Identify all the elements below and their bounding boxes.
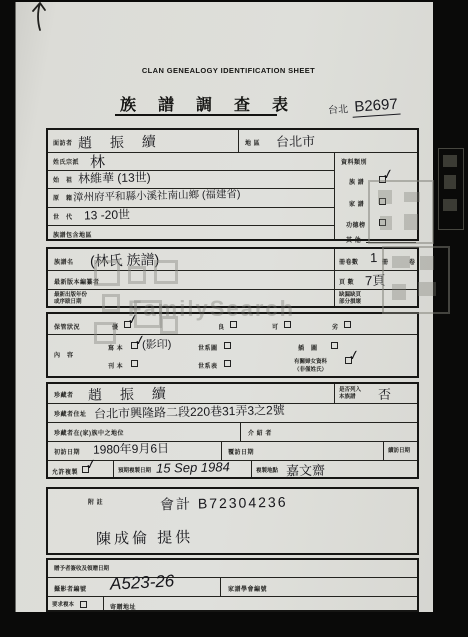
copy-permit-label: 允許複製 [52, 467, 78, 476]
document-number-value: B2697 [352, 96, 401, 118]
keeper-value: 趙 振 續 [88, 383, 173, 405]
condition-poor-label: 劣 [332, 322, 339, 331]
publish-year-label-line1: 最新出版年份 [54, 292, 87, 298]
content-women-data-note: （非僅姓氏） [294, 367, 327, 374]
document-number: 台北 B2697 [327, 96, 400, 119]
generations-label: 世 代 [53, 212, 73, 221]
keeper-label: 珍藏者 [54, 390, 74, 399]
scanned-genealogy-form: { "page": { "header_en": "CLAN GENEALOGY… [0, 0, 468, 637]
form-title: 族 譜 調 查 表 [120, 92, 297, 115]
scanned-paper-sheet: CLAN GENEALOGY IDENTIFICATION SHEET 族 譜 … [15, 2, 433, 612]
content-illustrations-label: 插 圖 [298, 343, 318, 352]
request-copy-checkbox [80, 601, 87, 608]
copy-place-label: 複製地點 [256, 468, 278, 475]
category-item-jiapu-checkbox [379, 198, 386, 205]
category-other-blank-line [366, 242, 416, 243]
category-item-gongdebang-label: 功德榜 [346, 220, 366, 229]
copy-permit-checkmark: ✓ [84, 458, 97, 470]
scroll-unit-label: 卷 [409, 257, 416, 266]
region-value: 台北市 [276, 131, 315, 151]
listed-value: 否 [378, 384, 391, 403]
seal-watermark-dark-band [438, 148, 464, 230]
content-manuscript-note: (影印) [142, 336, 172, 353]
content-printed-checkbox [131, 360, 138, 367]
origin-value: 漳州府平和縣小溪社南山鄉 (福建省) [73, 186, 241, 205]
category-item-zupu-checkmark: ✓ [381, 168, 394, 180]
interviewer-label: 面訪者 [53, 138, 73, 147]
founder-value: 林維華 (13世) [78, 168, 151, 187]
content-lineage-table-checkbox [224, 360, 231, 367]
condition-excellent-label: 優 [112, 322, 119, 331]
volumes-value: 1 [370, 250, 378, 265]
next-visit-label: 續訪日期 [388, 448, 410, 455]
lineage-label: 姓氏宗派 [53, 157, 79, 166]
title-underline [115, 114, 277, 116]
content-lineage-chart-checkbox [224, 342, 231, 349]
listed-in-genealogy-label: 是否列入 本族譜 [339, 387, 361, 400]
content-women-data-checkmark: ✓ [347, 349, 360, 361]
listed-label-line1: 是否列入 [339, 387, 361, 393]
condition-good-label: 良 [218, 322, 225, 331]
keeper-info-table: 珍藏者 趙 振 續 是否列入 本族譜 否 珍藏者住址 台北市興隆路二段220巷3… [46, 382, 419, 479]
first-visit-label: 初訪日期 [54, 447, 80, 456]
notes-label: 附 註 [88, 497, 103, 506]
founder-label: 始 祖 [53, 175, 73, 184]
pages-label: 頁 數 [339, 277, 354, 286]
category-item-other-label: 其 他 [346, 235, 361, 244]
genealogy-name-value: (林氏 族譜) [90, 249, 160, 270]
region-label: 地 區 [245, 138, 260, 147]
missing-pages-label-line2: 部分損壞 [339, 299, 361, 305]
introducer-label: 介 紹 者 [248, 428, 272, 437]
condition-poor-checkbox [344, 321, 351, 328]
publish-year-label: 最新出版年份 或序跋日期 [54, 292, 87, 305]
visit-info-table: 面訪者 趙 振 續 地 區 台北市 姓氏宗派 林 始 祖 林維華 (13世) 原… [46, 128, 419, 241]
footer-table: 贈予者簽收及領贈日期 攝影者編號 A523-26 家譜學會編號 要求複本 寄贈地… [46, 558, 419, 612]
content-manuscript-label: 寫 本 [108, 343, 123, 352]
content-lineage-chart-label: 世系圖 [198, 343, 218, 352]
society-number-label: 家譜學會編號 [228, 584, 267, 593]
coverage-area-label: 族譜包含地區 [53, 230, 92, 239]
publish-year-label-line2: 或序跋日期 [54, 299, 82, 305]
keeper-address-label: 珍藏者住址 [54, 409, 87, 418]
copy-date-label: 預期複製日期 [118, 468, 151, 475]
volumes-label: 冊卷數 [339, 257, 359, 266]
category-item-gongdebang-checkbox [379, 219, 386, 226]
book-info-table: 族譜名 (林氏 族譜) 冊卷數 1 冊 卷 最新版本編纂者 頁 數 7頁 最新出… [46, 247, 419, 308]
content-illustrations-checkbox [331, 342, 338, 349]
notes-table: 附 註 會計 B72304236 陳成倫 提供 [46, 487, 419, 555]
missing-pages-label-line1: 缺漏缺頁 [339, 292, 361, 298]
category-item-zupu-label: 族 譜 [349, 177, 364, 186]
generations-value: 13 -20世 [84, 206, 130, 224]
genealogy-name-label: 族譜名 [54, 257, 74, 266]
pages-value: 7頁 [365, 270, 386, 289]
category-header: 資料類別 [341, 157, 367, 166]
form-header-english: CLAN GENEALOGY IDENTIFICATION SHEET [76, 66, 381, 75]
condition-fair-checkbox [284, 321, 291, 328]
photographer-number-label: 攝影者編號 [54, 584, 87, 593]
listed-label-line2: 本族譜 [339, 394, 356, 400]
request-copy-label: 要求複本 [52, 602, 74, 609]
revisit-label: 覆訪日期 [228, 447, 254, 456]
copy-place-value: 嘉文齋 [286, 460, 325, 480]
condition-excellent-checkmark: ✓ [126, 313, 139, 325]
content-lineage-table-label: 世系表 [198, 361, 218, 370]
interviewer-value: 趙 振 續 [78, 131, 163, 153]
content-label: 內 容 [54, 350, 74, 359]
content-women-data-label: 有關婦女資料 [294, 359, 327, 366]
keeper-address-value: 台北市興隆路二段220巷31弄3之2號 [94, 401, 285, 422]
category-item-jiapu-label: 家 譜 [349, 199, 364, 208]
volume-unit-label: 冊 [382, 257, 389, 266]
condition-good-checkbox [230, 321, 237, 328]
latest-editor-label: 最新版本編纂者 [54, 277, 100, 286]
donor-receipt-label: 贈予者簽收及領贈日期 [54, 566, 109, 573]
copy-date-value: 15 Sep 1984 [156, 459, 230, 476]
content-printed-label: 刊 本 [108, 361, 123, 370]
mailing-address-label: 寄贈地址 [110, 602, 136, 611]
first-visit-value: 1980年9月6日 [93, 439, 169, 458]
missing-pages-label: 缺漏缺頁 部分損壞 [339, 292, 361, 305]
notes-line1: 會計 B72304236 [160, 492, 288, 515]
photographer-number-value: A523-26 [110, 571, 175, 594]
notes-line2: 陳成倫 提供 [96, 526, 194, 549]
origin-label: 原 籍 [53, 193, 73, 202]
condition-content-table: 保管狀況 優 ✓ 良 可 劣 內 容 寫 本 ✓ (影印) 世系圖 插 圖 刊 … [46, 312, 419, 378]
condition-fair-label: 可 [272, 322, 279, 331]
condition-label: 保管狀況 [54, 322, 80, 331]
pen-mark-icon [26, 0, 52, 32]
keeper-position-label: 珍藏者在(家)族中之地位 [54, 428, 124, 437]
document-number-prefix: 台北 [328, 104, 349, 116]
